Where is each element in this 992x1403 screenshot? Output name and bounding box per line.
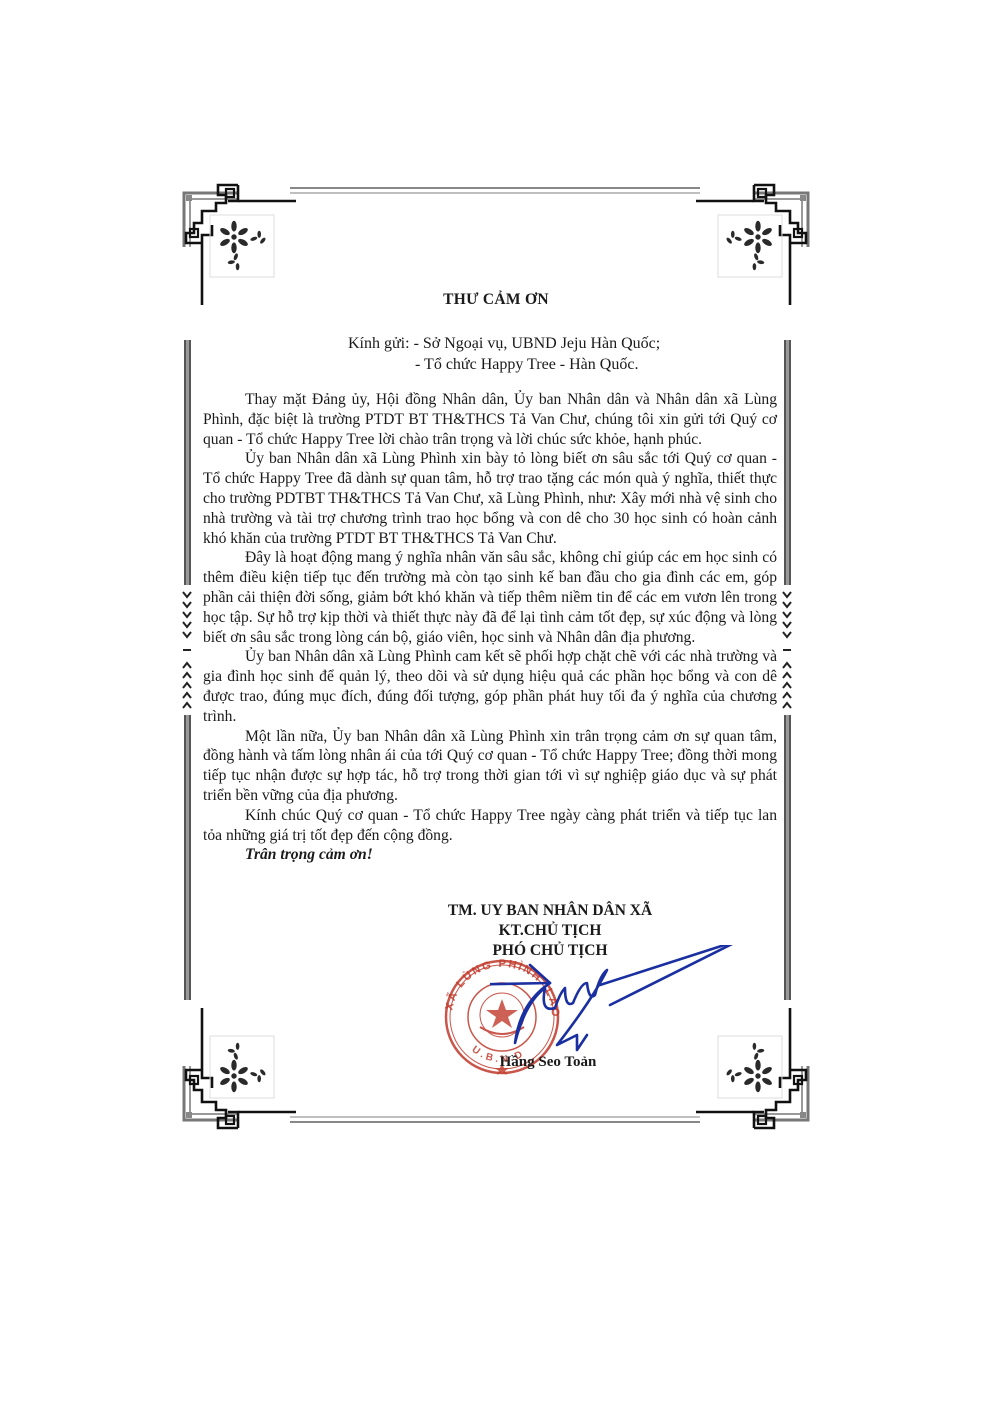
signature-title-1: TM. UY BAN NHÂN DÂN XÃ (405, 901, 695, 921)
recipient-2: - Tổ chức Happy Tree - Hàn Quốc. (415, 356, 638, 373)
paragraph: Thay mặt Đảng ủy, Hội đồng Nhân dân, Ủy … (203, 390, 777, 449)
letter: THƯ CẢM ƠN Kính gửi: - Sở Ngoại vụ, UBND… (0, 0, 992, 1403)
salutation: Kính gửi: - Sở Ngoại vụ, UBND Jeju Hàn Q… (348, 333, 660, 375)
handwritten-signature (490, 945, 780, 1065)
paragraph: Đây là hoạt động mang ý nghĩa nhân văn s… (203, 548, 777, 647)
letter-title: THƯ CẢM ƠN (0, 291, 992, 309)
signer-name: Hầng Seo Toản (478, 1054, 618, 1071)
paragraph: Ủy ban Nhân dân xã Lùng Phình cam kết sẽ… (203, 647, 777, 726)
paragraph: Ủy ban Nhân dân xã Lùng Phình xin bày tỏ… (203, 449, 777, 548)
salutation-line-1: Kính gửi: - Sở Ngoại vụ, UBND Jeju Hàn Q… (348, 333, 660, 354)
salutation-line-2: - Tổ chức Happy Tree - Hàn Quốc. (348, 354, 660, 375)
salutation-label: Kính gửi: (348, 335, 410, 352)
paragraph: Kính chúc Quý cơ quan - Tổ chức Happy Tr… (203, 806, 777, 846)
closing-line: Trân trọng cảm ơn! (203, 845, 777, 865)
paragraph: Một lần nữa, Ủy ban Nhân dân xã Lùng Phì… (203, 727, 777, 806)
letter-body: Thay mặt Đảng ủy, Hội đồng Nhân dân, Ủy … (203, 390, 777, 865)
recipient-1: - Sở Ngoại vụ, UBND Jeju Hàn Quốc; (414, 335, 661, 352)
signature-title-2: KT.CHỦ TỊCH (405, 921, 695, 941)
